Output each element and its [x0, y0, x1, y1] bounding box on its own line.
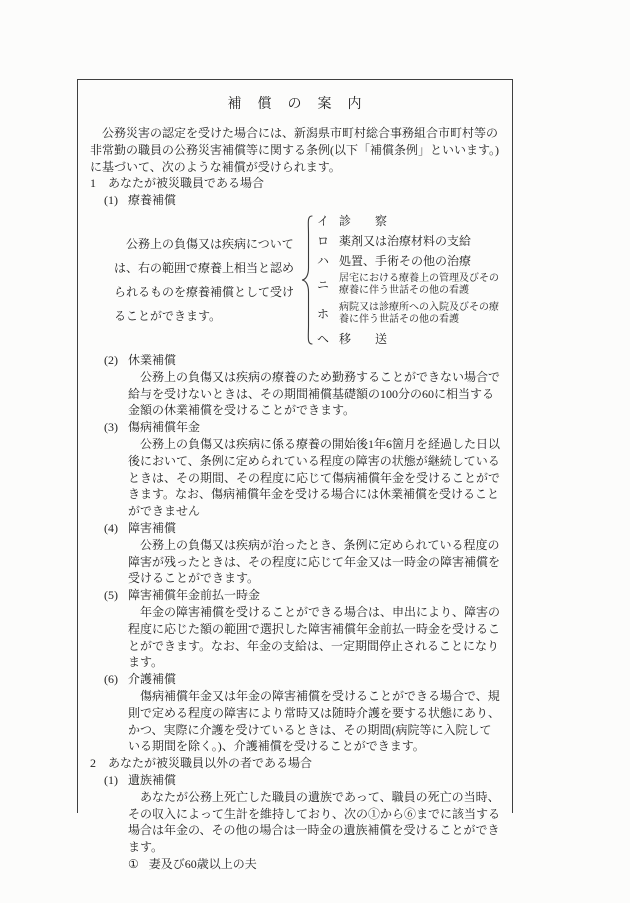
item-medical-care-heading: (1)療養補償 [90, 192, 500, 209]
medical-care-body: 公務上の負傷又は疾病については、右の範囲で療養上相当と認められるものを療養補償と… [114, 232, 298, 328]
item-label: (1) [104, 773, 118, 787]
part2-heading: 2 あなたが被災職員以外の者である場合 [90, 755, 500, 772]
item-label: (1) [104, 193, 118, 207]
item-title: 介護補償 [128, 672, 176, 686]
list-item-kana: ヘ [317, 331, 330, 347]
sub-item-text: 妻及び60歳以上の夫 [149, 856, 257, 873]
item-title: 療養補償 [128, 193, 176, 207]
item-disability-compensation-heading: (4)障害補償 [90, 520, 500, 537]
list-item-kana: ハ [317, 253, 330, 269]
item-advance-lumpsum-body: 年金の障害補償を受けることができる場合は、申出により、障害の程度に応じた額の範囲… [90, 604, 500, 671]
item-absence-compensation-heading: (2)休業補償 [90, 352, 500, 369]
item-label: (4) [104, 521, 118, 535]
item-title: 障害補償 [128, 521, 176, 535]
left-brace-glyph [300, 214, 314, 346]
list-item-text: 薬剤又は治療材料の支給 [339, 233, 471, 249]
list-item-text: 居宅における療養上の管理及びその療養に伴う世話その他の看護 [339, 273, 500, 298]
item-survivor-compensation-heading: (1)遺族補償 [90, 772, 500, 789]
item-nursing-care-body: 傷病補償年金又は年金の障害補償を受けることができる場合で、規則で定める程度の障害… [90, 688, 500, 755]
item-label: (6) [104, 672, 118, 686]
document-border-frame: 補 償 の 案 内 公務災害の認定を受けた場合には、新潟県市町村総合事務組合市町… [77, 79, 513, 813]
item-label: (2) [104, 353, 118, 367]
item-injury-pension-body: 公務上の負傷又は疾病に係る療養の開始後1年6箇月を経過した日以後において、条例に… [90, 436, 500, 520]
item-label: (5) [104, 588, 118, 602]
list-item: ロ 薬剤又は治療材料の支給 [317, 231, 500, 251]
item-title: 傷病補償年金 [128, 420, 200, 434]
list-item-kana: ロ [317, 233, 330, 249]
list-item-text: 移 送 [339, 331, 387, 347]
item-advance-lumpsum-heading: (5)障害補償年金前払一時金 [90, 587, 500, 604]
list-item: ホ 病院又は診療所への入院及びその療養に伴う世話その他の看護 [317, 300, 500, 329]
item-title: 障害補償年金前払一時金 [128, 588, 260, 602]
list-item-kana: ホ [317, 306, 330, 322]
medical-care-section: 公務上の負傷又は疾病については、右の範囲で療養上相当と認められるものを療養補償と… [90, 211, 500, 349]
list-item-text: 病院又は診療所への入院及びその療養に伴う世話その他の看護 [339, 302, 500, 327]
list-item: イ 診 察 [317, 211, 500, 231]
survivor-sub-item-1: ① 妻及び60歳以上の夫 [90, 856, 500, 873]
care-scope-list: イ 診 察 ロ 薬剤又は治療材料の支給 ハ 処置、手術その他の治療 ニ 居宅にお… [317, 211, 500, 349]
item-title: 休業補償 [128, 353, 176, 367]
list-item: ヘ 移 送 [317, 329, 500, 349]
list-item-text: 診 察 [339, 213, 387, 229]
list-item: ハ 処置、手術その他の治療 [317, 251, 500, 271]
document-title: 補 償 の 案 内 [90, 93, 500, 113]
item-survivor-compensation-body: あなたが公務上死亡した職員の遺族であって、職員の死亡の当時、その収入によって生計… [90, 789, 500, 856]
circled-number: ① [128, 856, 139, 873]
item-label: (3) [104, 420, 118, 434]
list-item-text: 処置、手術その他の治療 [339, 253, 471, 269]
part1-heading: 1 あなたが被災職員である場合 [90, 175, 500, 192]
scanned-document-page: 補 償 の 案 内 公務災害の認定を受けた場合には、新潟県市町村総合事務組合市町… [0, 0, 630, 903]
list-item-kana: イ [317, 213, 330, 229]
list-item: ニ 居宅における療養上の管理及びその療養に伴う世話その他の看護 [317, 271, 500, 300]
item-nursing-care-heading: (6)介護補償 [90, 671, 500, 688]
item-disability-compensation-body: 公務上の負傷又は疾病が治ったとき、条例に定められている程度の障害が残ったときは、… [90, 537, 500, 587]
list-item-kana: ニ [317, 277, 330, 293]
item-absence-compensation-body: 公務上の負傷又は疾病の療養のため勤務することができない場合で給与を受けないときは… [90, 369, 500, 419]
item-injury-pension-heading: (3)傷病補償年金 [90, 419, 500, 436]
intro-paragraph: 公務災害の認定を受けた場合には、新潟県市町村総合事務組合市町村等の非常勤の職員の… [90, 125, 500, 175]
item-title: 遺族補償 [128, 773, 176, 787]
